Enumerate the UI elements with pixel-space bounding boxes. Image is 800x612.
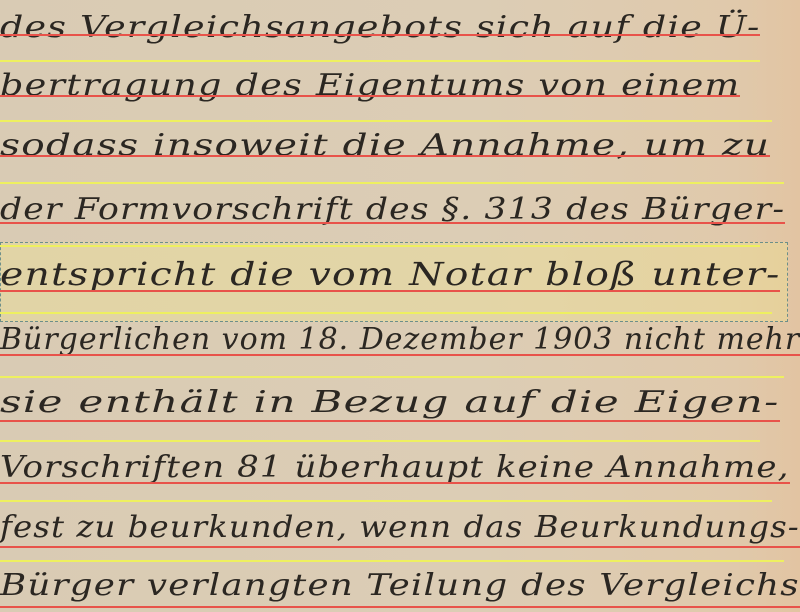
region-polygon-edge — [0, 312, 772, 314]
text-line[interactable]: entspricht die vom Notar bloß unter- — [0, 255, 781, 293]
baseline — [0, 354, 800, 356]
text-line[interactable]: bertragung des Eigentums von einem — [0, 68, 740, 103]
baseline — [0, 420, 780, 422]
region-polygon-edge — [0, 440, 760, 442]
text-line[interactable]: Bürger verlangten Teilung des Vergleichs — [0, 568, 800, 603]
baseline — [0, 546, 800, 548]
baseline — [0, 155, 770, 157]
region-polygon-edge — [0, 560, 784, 562]
region-polygon-edge — [0, 120, 772, 122]
region-polygon-edge — [0, 500, 772, 502]
baseline — [0, 482, 790, 484]
text-line[interactable]: Vorschriften 81 überhaupt keine Annahme, — [0, 450, 790, 485]
text-line[interactable]: fest zu beurkunden, wenn das Beurkundung… — [0, 510, 800, 545]
baseline — [0, 606, 800, 608]
region-polygon-edge — [0, 182, 784, 184]
region-polygon-edge — [0, 376, 784, 378]
document-scan: des Vergleichsangebots sich auf die Ü-be… — [0, 0, 800, 612]
region-polygon-edge — [0, 60, 760, 62]
text-line[interactable]: Bürgerlichen vom 18. Dezember 1903 nicht… — [0, 322, 800, 357]
baseline — [0, 290, 780, 292]
region-polygon-edge — [0, 245, 760, 247]
baseline — [0, 95, 740, 97]
text-line[interactable]: des Vergleichsangebots sich auf die Ü- — [0, 10, 761, 45]
text-line[interactable]: sie enthält in Bezug auf die Eigen- — [0, 385, 780, 420]
baseline — [0, 34, 760, 36]
baseline — [0, 222, 785, 224]
text-line[interactable]: sodass insoweit die Annahme, um zu — [0, 128, 770, 163]
